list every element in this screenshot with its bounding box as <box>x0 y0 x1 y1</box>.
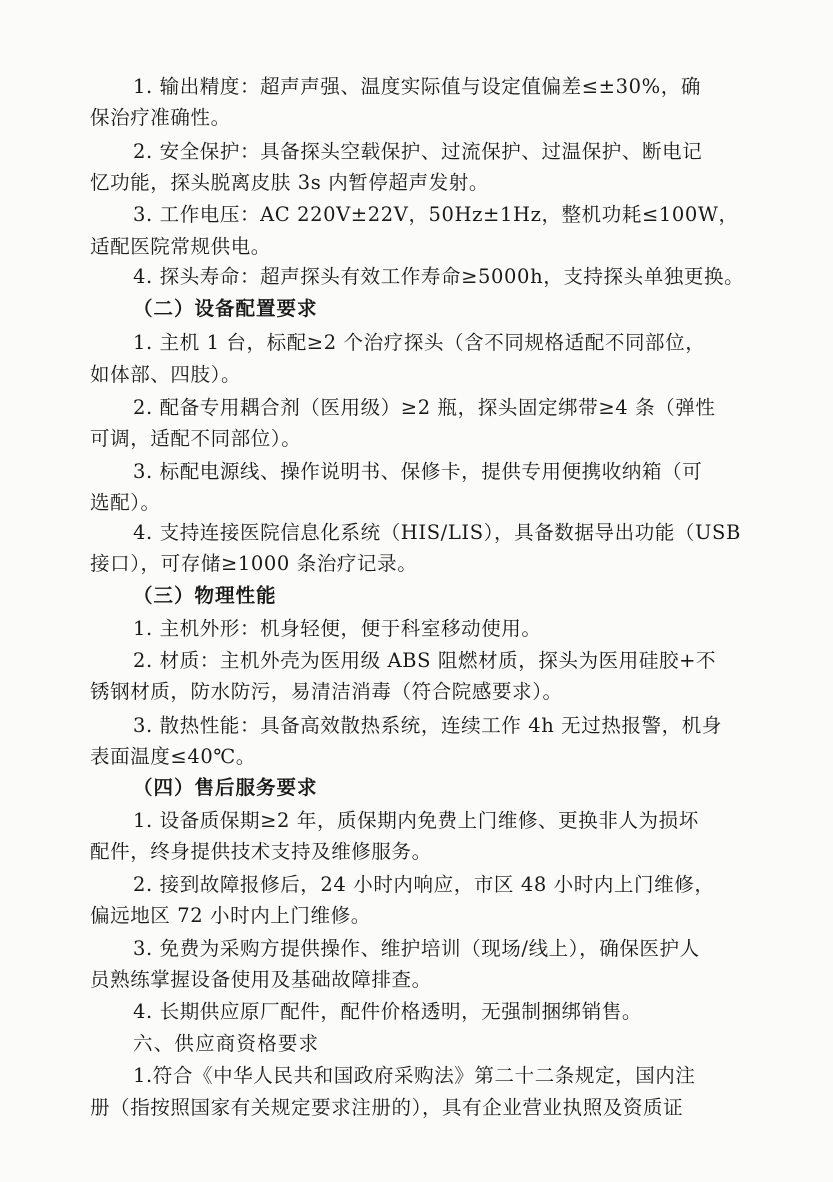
paragraph-line: 2. 配备专用耦合剂（医用级）≥2 瓶，探头固定绑带≥4 条（弹性 <box>133 393 716 423</box>
paragraph-line: 如体部、四肢）。 <box>90 360 241 390</box>
paragraph-line: 1. 主机 1 台，标配≥2 个治疗探头（含不同规格适配不同部位， <box>133 328 705 358</box>
section-heading-supplier-qualifications: 六、供应商资格要求 <box>133 1029 319 1059</box>
paragraph-line: 偏远地区 72 小时内上门维修。 <box>90 901 371 931</box>
subheading-after-sales: （四）售后服务要求 <box>133 773 318 803</box>
paragraph-line: 员熟练掌握设备使用及基础故障排查。 <box>90 965 432 995</box>
paragraph-line: 1. 主机外形：机身轻便，便于科室移动使用。 <box>133 614 542 644</box>
paragraph-line: 保治疗准确性。 <box>90 103 231 133</box>
paragraph-line: 1.符合《中华人民共和国政府采购法》第二十二条规定，国内注 <box>133 1061 696 1091</box>
paragraph-line: 1. 设备质保期≥2 年，质保期内免费上门维修、更换非人为损坏 <box>133 806 699 836</box>
document-page: 1. 输出精度：超声声强、温度实际值与设定值偏差≤±30%，确 保治疗准确性。 … <box>0 0 833 1182</box>
paragraph-line: 3. 标配电源线、操作说明书、保修卡，提供专用便携收纳箱（可 <box>133 457 702 487</box>
paragraph-line: 3. 散热性能：具备高效散热系统，连续工作 4h 无过热报警，机身 <box>133 711 722 741</box>
paragraph-line: 2. 材质：主机外壳为医用级 ABS 阻燃材质，探头为医用硅胶+不 <box>133 646 716 676</box>
paragraph-line: 忆功能，探头脱离皮肤 3s 内暂停超声发射。 <box>90 168 489 198</box>
paragraph-line: 锈钢材质，防水防污，易清洁消毒（符合院感要求）。 <box>90 677 563 707</box>
paragraph-line: 适配医院常规供电。 <box>90 232 271 262</box>
paragraph-line: 册（指按照国家有关规定要求注册的），具有企业营业执照及资质证 <box>90 1093 683 1123</box>
paragraph-line: 2. 接到故障报修后，24 小时内响应，市区 48 小时内上门维修， <box>133 870 714 900</box>
paragraph-line: 选配）。 <box>90 488 161 518</box>
subheading-physical-performance: （三）物理性能 <box>133 581 277 611</box>
paragraph-line: 3. 免费为采购方提供操作、维护培训（现场/线上），确保医护人 <box>133 934 700 964</box>
paragraph-line: 可调，适配不同部位）。 <box>90 424 301 454</box>
subheading-equipment-config: （二）设备配置要求 <box>133 294 318 324</box>
paragraph-line: 1. 输出精度：超声声强、温度实际值与设定值偏差≤±30%，确 <box>133 72 701 102</box>
paragraph-line: 4. 支持连接医院信息化系统（HIS/LIS），具备数据导出功能（USB <box>133 518 741 548</box>
paragraph-line: 2. 安全保护：具备探头空载保护、过流保护、过温保护、断电记 <box>133 137 702 167</box>
paragraph-line: 4. 长期供应原厂配件，配件价格透明，无强制捆绑销售。 <box>133 997 642 1027</box>
paragraph-line: 表面温度≤40℃。 <box>90 742 256 772</box>
paragraph-line: 3. 工作电压：AC 220V±22V，50Hz±1Hz，整机功耗≤100W， <box>133 200 739 230</box>
paragraph-line: 4. 探头寿命：超声探头有效工作寿命≥5000h，支持探头单独更换。 <box>133 262 744 292</box>
paragraph-line: 配件，终身提供技术支持及维修服务。 <box>90 837 432 867</box>
paragraph-line: 接口），可存储≥1000 条治疗记录。 <box>90 549 417 579</box>
